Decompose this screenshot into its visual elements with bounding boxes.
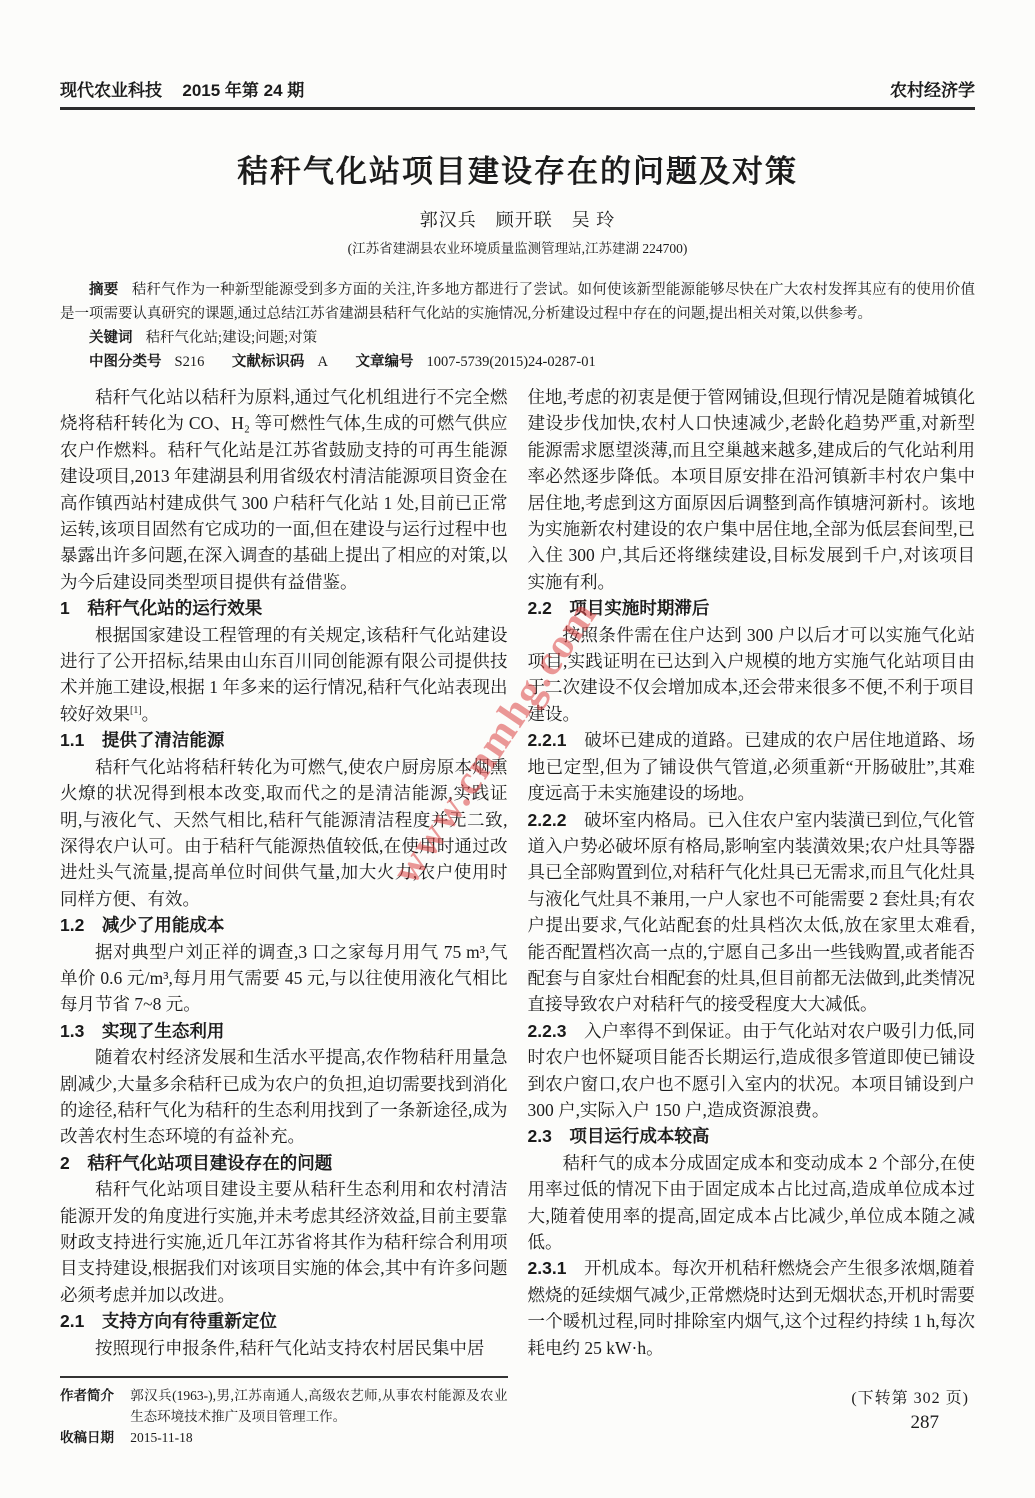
subsection-number: 2.2.2 — [528, 810, 567, 830]
left-column: 秸秆气化站以秸秆为原料,通过气化机组进行不完全燃烧将秸秆转化为 CO、H₂ 等可… — [60, 384, 508, 1448]
classification-line: 中图分类号S216文献标识码A文章编号1007-5739(2015)24-028… — [60, 350, 975, 374]
page-number: 287 — [528, 1411, 976, 1461]
paragraph-text: 开机成本。每次开机秸秆燃烧会产生很多浓烟,随着燃烧的延续烟气减少,正常燃烧时达到… — [528, 1258, 976, 1357]
section-heading-2-2: 2.2项目实施时期滞后 — [528, 595, 976, 621]
paragraph: 秸秆气化站项目建设主要从秸秆生态利用和农村清洁能源开发的角度进行实施,并未考虑其… — [60, 1176, 508, 1308]
section-title: 支持方向有待重新定位 — [102, 1311, 277, 1331]
subsection-number: 2.2.1 — [528, 730, 567, 750]
paragraph: 根据国家建设工程管理的有关规定,该秸秆气化站建设进行了公开招标,结果由山东百川同… — [60, 622, 508, 728]
received-date: 2015-11-18 — [130, 1427, 507, 1448]
clc-label: 中图分类号 — [89, 354, 162, 370]
footnote-block: 作者简介 郭汉兵(1963-),男,江苏南通人,高级农艺师,从事农村能源及农业生… — [60, 1376, 508, 1448]
journal-header: 现代农业科技2015 年第 24 期 农村经济学 — [60, 0, 975, 102]
paragraph-continuation: 住地,考虑的初衷是便于管网铺设,但现行情况是随着城镇化建设步伐加快,农村人口快速… — [528, 384, 976, 595]
section-title: 实现了生态利用 — [102, 1021, 225, 1041]
paragraph: 秸秆气化站将秸秆转化为可燃气,使农户厨房原本烟熏火燎的状况得到根本改变,取而代之… — [60, 754, 508, 912]
section-title: 秸秆气化站项目建设存在的问题 — [87, 1153, 332, 1173]
section-number: 1 — [60, 598, 70, 618]
section-heading-2-3: 2.3项目运行成本较高 — [528, 1123, 976, 1149]
received-date-row: 收稿日期 2015-11-18 — [60, 1427, 508, 1448]
journal-name: 现代农业科技 — [60, 81, 162, 100]
section-title: 提供了清洁能源 — [102, 730, 225, 750]
abstract-label: 摘要 — [89, 282, 118, 298]
paragraph-2-2-1: 2.2.1破坏已建成的道路。已建成的农户居住地道路、场地已定型,但为了铺设供气管… — [528, 727, 976, 806]
journal-name-issue: 现代农业科技2015 年第 24 期 — [60, 80, 304, 102]
section-heading-1-3: 1.3实现了生态利用 — [60, 1018, 508, 1044]
section-heading-1: 1秸秆气化站的运行效果 — [60, 595, 508, 621]
paragraph-intro: 秸秆气化站以秸秆为原料,通过气化机组进行不完全燃烧将秸秆转化为 CO、H₂ 等可… — [60, 384, 508, 595]
section-number: 1.2 — [60, 915, 84, 935]
paragraph: 秸秆气的成本分成固定成本和变动成本 2 个部分,在使用率过低的情况下由于固定成本… — [528, 1150, 976, 1256]
author-bio-text: 郭汉兵(1963-),男,江苏南通人,高级农艺师,从事农村能源及农业生态环境技术… — [130, 1385, 507, 1427]
clc-value: S216 — [175, 354, 205, 370]
authors: 郭汉兵 顾开联 吴 玲 — [60, 208, 975, 232]
section-number: 2.3 — [528, 1126, 552, 1146]
keywords-text: 秸秆气化站;建设;问题;对策 — [146, 330, 318, 346]
section-title: 减少了用能成本 — [102, 915, 225, 935]
abstract-text: 秸秆气作为一种新型能源受到多方面的关注,许多地方都进行了尝试。如何使该新型能源能… — [60, 282, 975, 322]
section-heading-2-1: 2.1支持方向有待重新定位 — [60, 1308, 508, 1334]
right-column: 住地,考虑的初衷是便于管网铺设,但现行情况是随着城镇化建设步伐加快,农村人口快速… — [528, 384, 976, 1448]
section-number: 1.1 — [60, 730, 84, 750]
scanned-paper-page: 现代农业科技2015 年第 24 期 农村经济学 秸秆气化站项目建设存在的问题及… — [0, 0, 1035, 1498]
section-number: 2.1 — [60, 1311, 84, 1331]
article-title: 秸秆气化站项目建设存在的问题及对策 — [60, 152, 975, 192]
paragraph-text: 根据国家建设工程管理的有关规定,该秸秆气化站建设进行了公开招标,结果由山东百川同… — [60, 625, 508, 724]
author-bio-label: 作者简介 — [60, 1385, 130, 1427]
paragraph-2-2-2: 2.2.2破坏室内格局。已入住农户室内装潢已到位,气化管道入户势必破坏原有格局,… — [528, 807, 976, 1018]
journal-section: 农村经济学 — [890, 80, 975, 102]
section-title: 项目运行成本较高 — [569, 1126, 709, 1146]
paragraph: 据对典型户刘正祥的调查,3 口之家每月用气 75 m³,气单价 0.6 元/m³… — [60, 939, 508, 1018]
keywords-line: 关键词秸秆气化站;建设;问题;对策 — [60, 326, 975, 350]
paragraph-text: 破坏室内格局。已入住农户室内装潢已到位,气化管道入户势必破坏原有格局,影响室内装… — [528, 810, 976, 1015]
section-number: 1.3 — [60, 1021, 84, 1041]
section-heading-1-1: 1.1提供了清洁能源 — [60, 727, 508, 753]
paragraph-text: 。 — [142, 704, 160, 724]
section-number: 2.2 — [528, 598, 552, 618]
paragraph: 按照条件需在住户达到 300 户以后才可以实施气化站项目,实践证明在已达到入户规… — [528, 622, 976, 728]
section-title: 秸秆气化站的运行效果 — [87, 598, 262, 618]
continuation-note: (下转第 302 页) — [528, 1387, 976, 1411]
paragraph-2-2-3: 2.2.3入户率得不到保证。由于气化站对农户吸引力低,同时农户也怀疑项目能否长期… — [528, 1018, 976, 1124]
section-number: 2 — [60, 1153, 70, 1173]
abstract: 摘要秸秆气作为一种新型能源受到多方面的关注,许多地方都进行了尝试。如何使该新型能… — [60, 278, 975, 326]
doc-code-value: A — [317, 354, 327, 370]
article-id-value: 1007-5739(2015)24-0287-01 — [427, 354, 596, 370]
section-title: 项目实施时期滞后 — [569, 598, 709, 618]
paragraph-text: 入户率得不到保证。由于气化站对农户吸引力低,同时农户也怀疑项目能否长期运行,造成… — [528, 1021, 976, 1120]
paragraph-text: 破坏已建成的道路。已建成的农户居住地道路、场地已定型,但为了铺设供气管道,必须重… — [528, 730, 976, 803]
paragraph-2-3-1: 2.3.1开机成本。每次开机秸秆燃烧会产生很多浓烟,随着燃烧的延续烟气减少,正常… — [528, 1255, 976, 1361]
section-heading-1-2: 1.2减少了用能成本 — [60, 912, 508, 938]
paragraph: 随着农村经济发展和生活水平提高,农作物秸秆用量急剧减少,大量多余秸秆已成为农户的… — [60, 1044, 508, 1150]
keywords-label: 关键词 — [89, 330, 133, 346]
paragraph: 按照现行申报条件,秸秆气化站支持农村居民集中居 — [60, 1335, 508, 1361]
header-rule — [60, 107, 975, 110]
article-id-label: 文章编号 — [356, 354, 414, 370]
subsection-number: 2.3.1 — [528, 1258, 567, 1278]
subsection-number: 2.2.3 — [528, 1021, 567, 1041]
received-date-label: 收稿日期 — [60, 1427, 130, 1448]
journal-issue: 2015 年第 24 期 — [182, 81, 304, 100]
doc-code-label: 文献标识码 — [232, 354, 305, 370]
author-bio-row: 作者简介 郭汉兵(1963-),男,江苏南通人,高级农艺师,从事农村能源及农业生… — [60, 1385, 508, 1427]
affiliation: (江苏省建湖县农业环境质量监测管理站,江苏建湖 224700) — [60, 240, 975, 258]
section-heading-2: 2秸秆气化站项目建设存在的问题 — [60, 1150, 508, 1176]
reference-marker: [1] — [130, 705, 142, 716]
abstract-block: 摘要秸秆气作为一种新型能源受到多方面的关注,许多地方都进行了尝试。如何使该新型能… — [60, 278, 975, 374]
body-columns: 秸秆气化站以秸秆为原料,通过气化机组进行不完全燃烧将秸秆转化为 CO、H₂ 等可… — [60, 384, 975, 1448]
